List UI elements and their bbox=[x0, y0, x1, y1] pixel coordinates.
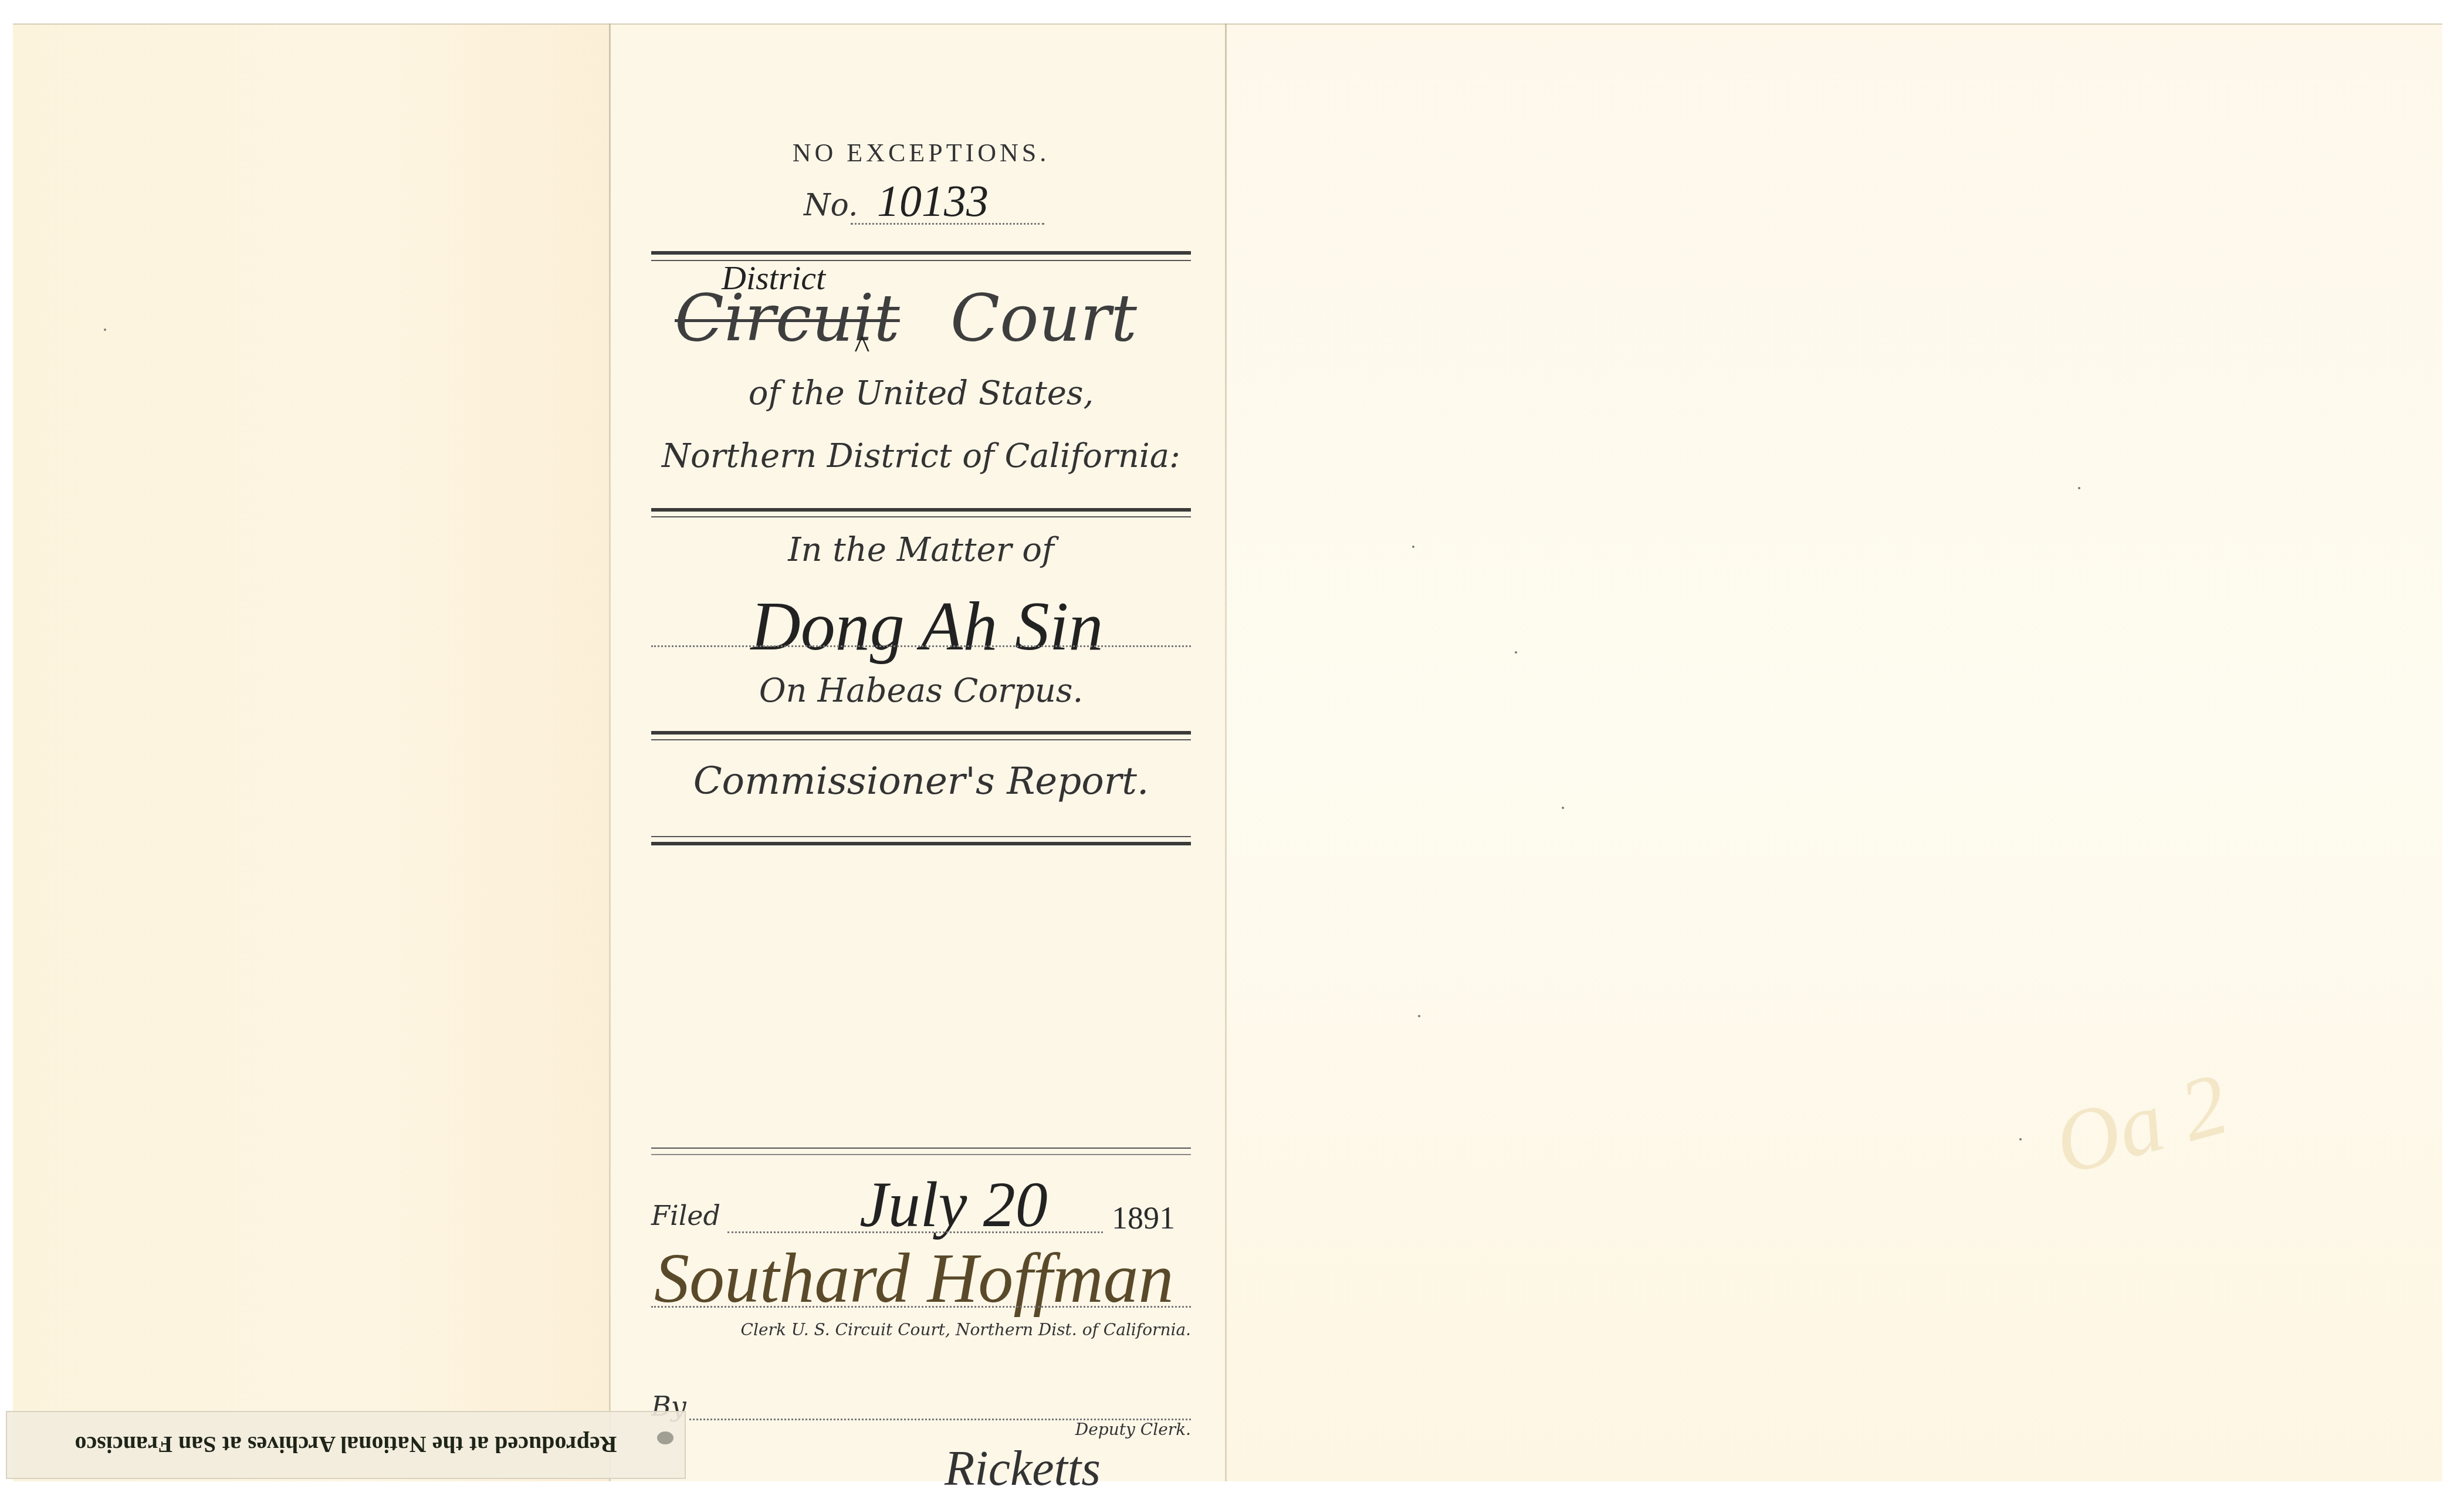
clerk-caption: Clerk U. S. Circuit Court, Northern Dist… bbox=[741, 1320, 1191, 1339]
ink-smudge bbox=[657, 1431, 673, 1444]
case-number-label: No. bbox=[804, 188, 858, 223]
jurisdiction-line-1: of the United States, bbox=[651, 374, 1191, 412]
left-panel bbox=[13, 23, 610, 1481]
speck bbox=[104, 329, 106, 331]
rule-after-title bbox=[651, 842, 1191, 845]
speck bbox=[1515, 651, 1517, 654]
speck bbox=[2078, 487, 2080, 489]
rule-before-title bbox=[651, 731, 1191, 735]
archive-stamp-text: Reproduced at the National Archives at S… bbox=[75, 1431, 617, 1459]
document-sheet: Oa 2 bbox=[13, 23, 2442, 1481]
case-number-dotted-line bbox=[851, 223, 1044, 225]
double-rule-top bbox=[651, 251, 1191, 255]
right-panel bbox=[1226, 23, 2442, 1481]
proceeding-label: On Habeas Corpus. bbox=[651, 672, 1191, 710]
court-word: Court bbox=[950, 280, 1137, 356]
speck bbox=[1562, 807, 1564, 809]
clerk-signature-line bbox=[651, 1306, 1191, 1308]
filed-date: July 20 bbox=[859, 1167, 1048, 1242]
archive-stamp: Reproduced at the National Archives at S… bbox=[6, 1411, 686, 1479]
insertion-caret: ^ bbox=[854, 329, 868, 366]
filed-label: Filed bbox=[651, 1200, 720, 1231]
rule-before-filed-thin bbox=[651, 1154, 1191, 1155]
no-exceptions-header: NO EXCEPTIONS. bbox=[651, 138, 1191, 168]
document-title: Commissioner's Report. bbox=[651, 760, 1191, 803]
rule-after-jurisdiction-thin bbox=[651, 516, 1191, 517]
paper-top-edge bbox=[13, 23, 2442, 25]
deputy-signature: Ricketts bbox=[945, 1440, 1101, 1496]
rule-after-jurisdiction bbox=[651, 508, 1191, 512]
speck bbox=[1418, 1015, 1420, 1017]
fold-line-left bbox=[609, 23, 611, 1481]
deputy-clerk-caption: Deputy Clerk. bbox=[1075, 1420, 1191, 1439]
rule-before-filed bbox=[651, 1148, 1191, 1149]
jurisdiction-line-2: Northern District of California: bbox=[651, 437, 1191, 475]
petitioner-name: Dong Ah Sin bbox=[739, 587, 1115, 666]
filed-dotted-line bbox=[727, 1231, 1103, 1233]
rule-before-title-thin bbox=[651, 739, 1191, 740]
in-the-matter-label: In the Matter of bbox=[651, 531, 1191, 569]
speck bbox=[2019, 1138, 2022, 1140]
filed-year: 1891 bbox=[1112, 1200, 1175, 1236]
petitioner-dotted-line bbox=[651, 645, 1191, 647]
rule-after-title-thin bbox=[651, 836, 1191, 837]
fold-line-right bbox=[1225, 23, 1227, 1481]
speck bbox=[1412, 546, 1414, 548]
form-cover: NO EXCEPTIONS. No. 10133 District Circui… bbox=[651, 0, 1191, 1496]
case-number: 10133 bbox=[877, 176, 989, 227]
